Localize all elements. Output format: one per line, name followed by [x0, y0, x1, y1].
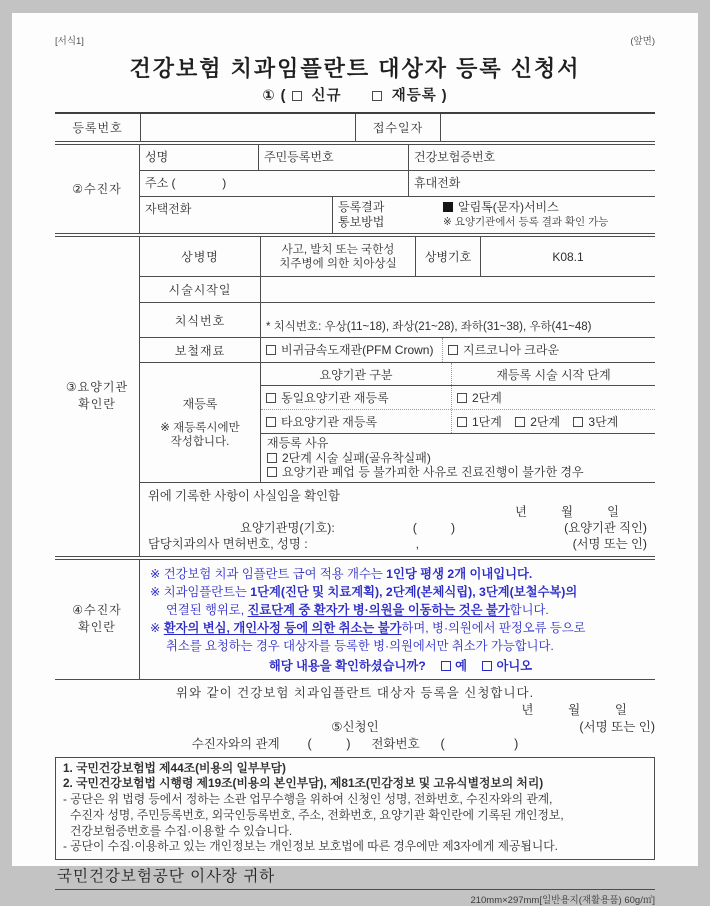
legal-notice-box: 1. 국민건강보험법 제44조(비용의 일부부담) 2. 국민건강보험법 시행령… — [55, 757, 655, 861]
form-header: [서식1] (앞면) — [55, 13, 655, 47]
material-label: 보철재료 — [140, 338, 260, 362]
legal-line-5: 건강보험증번호를 수집·이용할 수 있습니다. — [63, 824, 647, 840]
notify-option-alimtalk: 알림톡(문자)서비스 — [443, 200, 608, 215]
tooth-number-label: 치식번호 — [140, 303, 260, 337]
disease-code-label: 상병기호 — [415, 237, 480, 276]
org-code-parens[interactable]: ( ) — [413, 520, 455, 536]
section-applicant: 위와 같이 건강보험 치과임플란트 대상자 등록을 신청합니다. 년 월 일 ⑤… — [55, 685, 655, 753]
section-patient-confirmation: ④수진자 확인란 ※ 건강보험 치과 임플란트 급여 적용 개수는 1인당 평생… — [55, 559, 655, 680]
confirmation-question: 해당 내용을 확인하셨습니까? 예 아니오 — [150, 657, 651, 675]
disease-name-label: 상병명 — [140, 237, 260, 276]
checkbox-zirconia[interactable] — [448, 345, 458, 355]
applicant-label: ⑤신청인 — [331, 719, 378, 736]
address-field[interactable]: 주소 ( ) — [140, 171, 408, 196]
notice-1: ※ 건강보험 치과 임플란트 급여 적용 개수는 1인당 평생 2개 이내입니다… — [150, 565, 651, 583]
notify-method-label: 등록결과 통보방법 — [333, 197, 441, 233]
rereg-col2-header: 재등록 시술 시작 단계 — [451, 363, 655, 385]
rereg-other-stage-options: 1단계 2단계 3단계 — [451, 410, 655, 433]
reg-no-label: 등록번호 — [55, 114, 140, 141]
receipt-date-field[interactable] — [440, 114, 655, 141]
reregister-note: ※ 재등록시에만 작성합니다. — [160, 421, 239, 449]
section-patient: ②수진자 성명 주민등록번호 건강보험증번호 주소 ( ) 휴대전화 자택전화 — [55, 144, 655, 234]
applicant-sign-label: (서명 또는 인) — [379, 719, 655, 736]
legal-line-4: 수진자 성명, 주민등록번호, 외국인등록번호, 주소, 전화번호, 요양기관 … — [63, 808, 647, 824]
care-institution-section-label: ③요양기관 확인란 — [55, 237, 140, 556]
rereg-same-org-option: 동일요양기관 재등록 — [261, 386, 451, 409]
legal-line-3: - 공단은 위 법령 등에서 정하는 소관 업무수행을 위하여 신청인 성명, … — [63, 792, 647, 808]
checkbox-same-org[interactable] — [266, 393, 276, 403]
org-stamp-label: (요양기관 직인) — [564, 520, 647, 536]
application-date: 년 월 일 — [55, 702, 655, 719]
procedure-start-label: 시술시작일 — [140, 277, 260, 302]
checkbox-reason-failure[interactable] — [267, 453, 277, 463]
checkbox-other-org[interactable] — [266, 417, 276, 427]
rrn-field[interactable]: 주민등록번호 — [258, 145, 408, 170]
paper-spec-note: 210mm×297mm[일반용지(재활용품) 60g/㎡] — [55, 890, 655, 906]
section-registration-row: 등록번호 접수일자 — [55, 112, 655, 142]
checkbox-stage2[interactable] — [515, 417, 525, 427]
recipient-line: 국민건강보험공단 이사장 귀하 — [55, 860, 655, 889]
material-option-pfm: 비귀금속도재관(PFM Crown) — [260, 338, 442, 362]
rereg-reason-option1: 2단계 시술 실패(골유착실패) — [267, 451, 649, 466]
org-name-label: 요양기관명(기호): — [240, 520, 335, 536]
procedure-start-field[interactable] — [260, 277, 655, 302]
disease-name-value: 사고, 발치 또는 국한성치주병에 의한 치아상실 — [260, 237, 415, 276]
disease-code-value: K08.1 — [480, 237, 655, 276]
rereg-reason-label: 재등록 사유 — [267, 436, 649, 451]
checkbox-alimtalk-checked[interactable] — [443, 202, 453, 212]
notify-note: ※ 요양기관에서 등록 결과 확인 가능 — [443, 215, 608, 230]
mobile-field[interactable]: 휴대전화 — [408, 171, 655, 196]
checkbox-reason-closure[interactable] — [267, 467, 277, 477]
notice-3b: 취소를 요청하는 경우 대상자를 등록한 병·의원에서만 취소가 가능합니다. — [150, 637, 651, 655]
tooth-number-note: * 치식번호: 우상(11~18), 좌상(21~28), 좌하(31~38),… — [266, 318, 592, 334]
legal-line-1: 1. 국민건강보험법 제44조(비용의 일부부담) — [63, 761, 647, 777]
rereg-reason-option2: 요양기관 폐업 등 불가피한 사유로 진료진행이 불가한 경우 — [267, 465, 649, 480]
rereg-reason-cell: 재등록 사유 2단계 시술 실패(골유착실패) 요양기관 폐업 등 불가피한 사… — [261, 433, 655, 482]
checkbox-stage1[interactable] — [457, 417, 467, 427]
institution-confirmation-block: 위에 기록한 사항이 사실임을 확인함 년 월 일 요양기관명(기호): ( )… — [140, 483, 655, 556]
section-care-institution: ③요양기관 확인란 상병명 사고, 발치 또는 국한성치주병에 의한 치아상실 … — [55, 236, 655, 557]
reregister-label: 재등록 ※ 재등록시에만 작성합니다. — [140, 363, 260, 482]
checkbox-new[interactable] — [292, 91, 302, 101]
material-option-zirconia: 지르코니아 크라운 — [442, 338, 655, 362]
notice-2b: 연결된 행위로, 진료단계 중 환자가 병·의원을 이동하는 것은 불가합니다. — [150, 601, 651, 619]
notice-2: ※ 치과임플란트는 1단계(진단 및 치료계획), 2단계(본체식립), 3단계… — [150, 583, 651, 601]
dentist-comma: , — [416, 536, 419, 552]
checkbox-pfm[interactable] — [266, 345, 276, 355]
application-statement: 위와 같이 건강보험 치과임플란트 대상자 등록을 신청합니다. — [55, 685, 655, 702]
checkbox-reregister[interactable] — [372, 91, 382, 101]
rereg-same-stage-option: 2단계 — [451, 386, 655, 409]
dentist-sign-label: (서명 또는 인) — [573, 536, 647, 552]
rereg-other-org-option: 타요양기관 재등록 — [261, 410, 451, 433]
form-page: [서식1] (앞면) 건강보험 치과임플란트 대상자 등록 신청서 ① ( 신규… — [12, 13, 698, 866]
tooth-number-field[interactable]: * 치식번호: 우상(11~18), 좌상(21~28), 좌하(31~38),… — [260, 303, 655, 337]
patient-section-label: ②수진자 — [55, 145, 140, 233]
rereg-col1-header: 요양기관 구분 — [261, 363, 451, 385]
home-phone-field[interactable]: 자택전화 — [140, 197, 332, 233]
checkbox-no[interactable] — [482, 661, 492, 671]
reg-no-field[interactable] — [140, 114, 355, 141]
confirmation-statement: 위에 기록한 사항이 사실임을 확인함 — [148, 488, 647, 504]
insurance-no-field[interactable]: 건강보험증번호 — [408, 145, 655, 170]
receipt-date-label: 접수일자 — [355, 114, 440, 141]
legal-line-6: - 공단이 수집·이용하고 있는 개인정보는 개인정보 보호법에 따른 경우에만… — [63, 839, 647, 855]
checkbox-stage3[interactable] — [573, 417, 583, 427]
checkbox-yes[interactable] — [441, 661, 451, 671]
dentist-license-label: 담당치과의사 면허번호, 성명 : — [148, 536, 308, 552]
name-field[interactable]: 성명 — [140, 145, 258, 170]
patient-confirmation-section-label: ④수진자 확인란 — [55, 560, 140, 679]
notice-3: ※ 환자의 변심, 개인사정 등에 의한 취소는 불가하며, 병·의원에서 판정… — [150, 619, 651, 637]
form-type-selector: ① ( 신규 재등록 ) — [55, 84, 655, 105]
page-side-label: (앞면) — [630, 33, 655, 47]
confirmation-date: 년 월 일 — [148, 504, 647, 520]
checkbox-same-stage2[interactable] — [457, 393, 467, 403]
legal-line-2: 2. 국민건강보험법 시행령 제19조(비용의 본인부담), 제81조(민감정보… — [63, 776, 647, 792]
page-title: 건강보험 치과임플란트 대상자 등록 신청서 — [55, 52, 655, 83]
relation-phone-line[interactable]: 수진자와의 관계 ( ) 전화번호 ( ) — [55, 736, 655, 753]
form-code: [서식1] — [55, 33, 84, 47]
